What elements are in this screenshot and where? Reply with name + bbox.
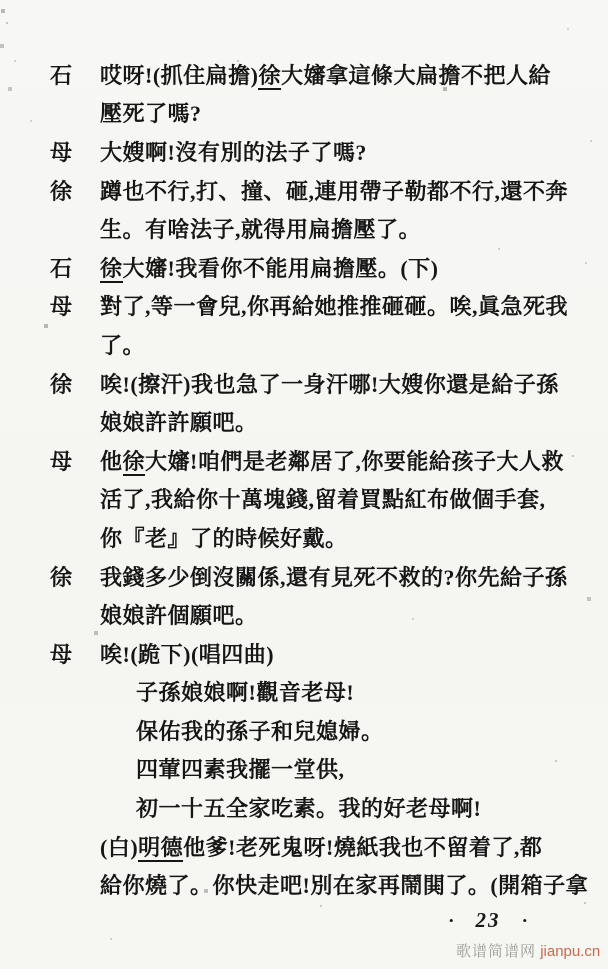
script-line: 四葷四素我擺一堂供, xyxy=(50,750,575,789)
text-segment: 大嬸拿這條大扁擔不把人給 xyxy=(281,63,551,88)
scan-noise xyxy=(0,0,2,2)
script-text-block: 石哎呀!(抓住扁擔)徐大嬸拿這條大扁擔不把人給壓死了嗎?母大嫂啊!沒有別的法子了… xyxy=(50,0,575,904)
text-segment: 哎呀!(抓住扁擔) xyxy=(100,63,258,88)
text-segment: 我錢多少倒沒關係,還有見死不救的?你先給子孫 xyxy=(100,565,568,590)
text-segment: 唉!(擦汗)我也急了一身汗哪!大嫂你還是給子孫 xyxy=(100,372,559,397)
script-line: 娘娘許許願吧。 xyxy=(50,402,575,441)
dialogue-text: 壓死了嗎? xyxy=(100,97,202,128)
proper-name-underlined: 徐 xyxy=(100,256,123,283)
watermark: 歌谱简谱网 jianpu.cn xyxy=(456,940,600,961)
text-segment: 初一十五全家吃素。我的好老母啊! xyxy=(136,796,481,821)
text-segment: 子孫娘娘啊!觀音老母! xyxy=(136,680,354,705)
dialogue-text: 我錢多少倒沒關係,還有見死不救的?你先給子孫 xyxy=(100,561,568,592)
speaker-label: 母 xyxy=(50,136,100,167)
script-line: 生。有啥法子,就得用扁擔壓了。 xyxy=(50,209,575,248)
page-number: 23 xyxy=(476,908,501,933)
script-line: 娘娘許個願吧。 xyxy=(50,595,575,634)
dialogue-text: 娘娘許許願吧。 xyxy=(100,406,258,437)
speaker-label: 石 xyxy=(50,252,100,283)
text-segment: 活了,我給你十萬塊錢,留着買點紅布做個手套, xyxy=(100,487,546,512)
dialogue-text: (白)明德他爹!老死鬼呀!燒紙我也不留着了,都 xyxy=(100,831,542,862)
dialogue-text: 給你燒了。你快走吧!別在家再鬧閧了。(開箱子拿 xyxy=(100,869,588,900)
proper-name-underlined: 徐 xyxy=(258,63,281,90)
script-line: 石徐大嬸!我看你不能用扁擔壓。(下) xyxy=(50,248,575,287)
script-line: 初一十五全家吃素。我的好老母啊! xyxy=(50,788,575,827)
dialogue-text: 徐大嬸!我看你不能用扁擔壓。(下) xyxy=(100,252,439,283)
text-segment: 大嫂啊!沒有別的法子了嗎? xyxy=(100,140,367,165)
script-line: 壓死了嗎? xyxy=(50,94,575,133)
speaker-label: 母 xyxy=(50,638,100,669)
dialogue-text: 活了,我給你十萬塊錢,留着買點紅布做個手套, xyxy=(100,483,546,514)
script-line: 了。 xyxy=(50,325,575,364)
dialogue-text: 對了,等一會兒,你再給她推推砸砸。唉,眞急死我 xyxy=(100,290,568,321)
text-segment: 娘娘許個願吧。 xyxy=(100,603,258,628)
speaker-label: 石 xyxy=(50,59,100,90)
proper-name-underlined: 徐 xyxy=(123,449,146,476)
text-segment: 生。有啥法子,就得用扁擔壓了。 xyxy=(100,217,421,242)
script-line: 活了,我給你十萬塊錢,留着買點紅布做個手套, xyxy=(50,480,575,519)
dialogue-text: 唉!(跪下)(唱四曲) xyxy=(100,638,274,669)
text-segment: (白) xyxy=(100,835,138,860)
script-line: 你『老』了的時候好戴。 xyxy=(50,518,575,557)
text-segment: 對了,等一會兒,你再給她推推砸砸。唉,眞急死我 xyxy=(100,294,568,319)
text-segment: 大嬸!咱們是老鄰居了,你要能給孩子大人救 xyxy=(145,449,564,474)
footer-bullet-right: • xyxy=(522,914,527,927)
script-line: 母唉!(跪下)(唱四曲) xyxy=(50,634,575,673)
scanned-script-page: 石哎呀!(抓住扁擔)徐大嬸拿這條大扁擔不把人給壓死了嗎?母大嫂啊!沒有別的法子了… xyxy=(0,0,608,969)
dialogue-text: 你『老』了的時候好戴。 xyxy=(100,522,348,553)
footer-bullet-left: • xyxy=(449,914,454,927)
watermark-site-name: 歌谱简谱网 xyxy=(456,943,536,960)
text-segment: 蹲也不行,打、撞、砸,連用帶子勒都不行,還不奔 xyxy=(100,179,568,204)
watermark-site-url: jianpu.cn xyxy=(540,943,600,960)
script-line: 保佑我的孫子和兒媳婦。 xyxy=(50,711,575,750)
script-line: 石哎呀!(抓住扁擔)徐大嬸拿這條大扁擔不把人給 xyxy=(50,55,575,94)
text-segment: 大嬸!我看你不能用扁擔壓。(下) xyxy=(123,256,439,281)
dialogue-text: 初一十五全家吃素。我的好老母啊! xyxy=(100,792,481,823)
dialogue-text: 大嫂啊!沒有別的法子了嗎? xyxy=(100,136,367,167)
text-segment: 壓死了嗎? xyxy=(100,101,202,126)
text-segment: 唉!(跪下)(唱四曲) xyxy=(100,642,274,667)
speaker-label: 徐 xyxy=(50,561,100,592)
speaker-label: 母 xyxy=(50,290,100,321)
dialogue-text: 保佑我的孫子和兒媳婦。 xyxy=(100,715,384,746)
text-segment: 保佑我的孫子和兒媳婦。 xyxy=(136,719,384,744)
dialogue-text: 唉!(擦汗)我也急了一身汗哪!大嫂你還是給子孫 xyxy=(100,368,559,399)
speaker-label: 徐 xyxy=(50,175,100,206)
script-line: 徐唉!(擦汗)我也急了一身汗哪!大嫂你還是給子孫 xyxy=(50,364,575,403)
script-line: 徐我錢多少倒沒關係,還有見死不救的?你先給子孫 xyxy=(50,557,575,596)
dialogue-text: 了。 xyxy=(100,329,145,360)
script-line: 徐蹲也不行,打、撞、砸,連用帶子勒都不行,還不奔 xyxy=(50,171,575,210)
script-line: 子孫娘娘啊!觀音老母! xyxy=(50,673,575,712)
script-line: 母大嫂啊!沒有別的法子了嗎? xyxy=(50,132,575,171)
dialogue-text: 子孫娘娘啊!觀音老母! xyxy=(100,676,354,707)
dialogue-text: 娘娘許個願吧。 xyxy=(100,599,258,630)
text-segment: 四葷四素我擺一堂供, xyxy=(136,757,345,782)
text-segment: 你『老』了的時候好戴。 xyxy=(100,526,348,551)
text-segment: 他爹!老死鬼呀!燒紙我也不留着了,都 xyxy=(183,835,542,860)
dialogue-text: 哎呀!(抓住扁擔)徐大嬸拿這條大扁擔不把人給 xyxy=(100,59,551,90)
speaker-label: 母 xyxy=(50,445,100,476)
page-footer: • 23 • xyxy=(449,908,527,933)
script-line: 給你燒了。你快走吧!別在家再鬧閧了。(開箱子拿 xyxy=(50,865,575,904)
proper-name-underlined: 明德 xyxy=(138,835,183,862)
speaker-label: 徐 xyxy=(50,368,100,399)
dialogue-text: 四葷四素我擺一堂供, xyxy=(100,753,345,784)
text-segment: 了。 xyxy=(100,333,145,358)
script-line: 母他徐大嬸!咱們是老鄰居了,你要能給孩子大人救 xyxy=(50,441,575,480)
text-segment: 娘娘許許願吧。 xyxy=(100,410,258,435)
dialogue-text: 他徐大嬸!咱們是老鄰居了,你要能給孩子大人救 xyxy=(100,445,564,476)
script-line: 母對了,等一會兒,你再給她推推砸砸。唉,眞急死我 xyxy=(50,287,575,326)
text-segment: 他 xyxy=(100,449,123,474)
script-line: (白)明德他爹!老死鬼呀!燒紙我也不留着了,都 xyxy=(50,827,575,866)
dialogue-text: 蹲也不行,打、撞、砸,連用帶子勒都不行,還不奔 xyxy=(100,175,568,206)
dialogue-text: 生。有啥法子,就得用扁擔壓了。 xyxy=(100,213,421,244)
text-segment: 給你燒了。你快走吧!別在家再鬧閧了。(開箱子拿 xyxy=(100,873,588,898)
